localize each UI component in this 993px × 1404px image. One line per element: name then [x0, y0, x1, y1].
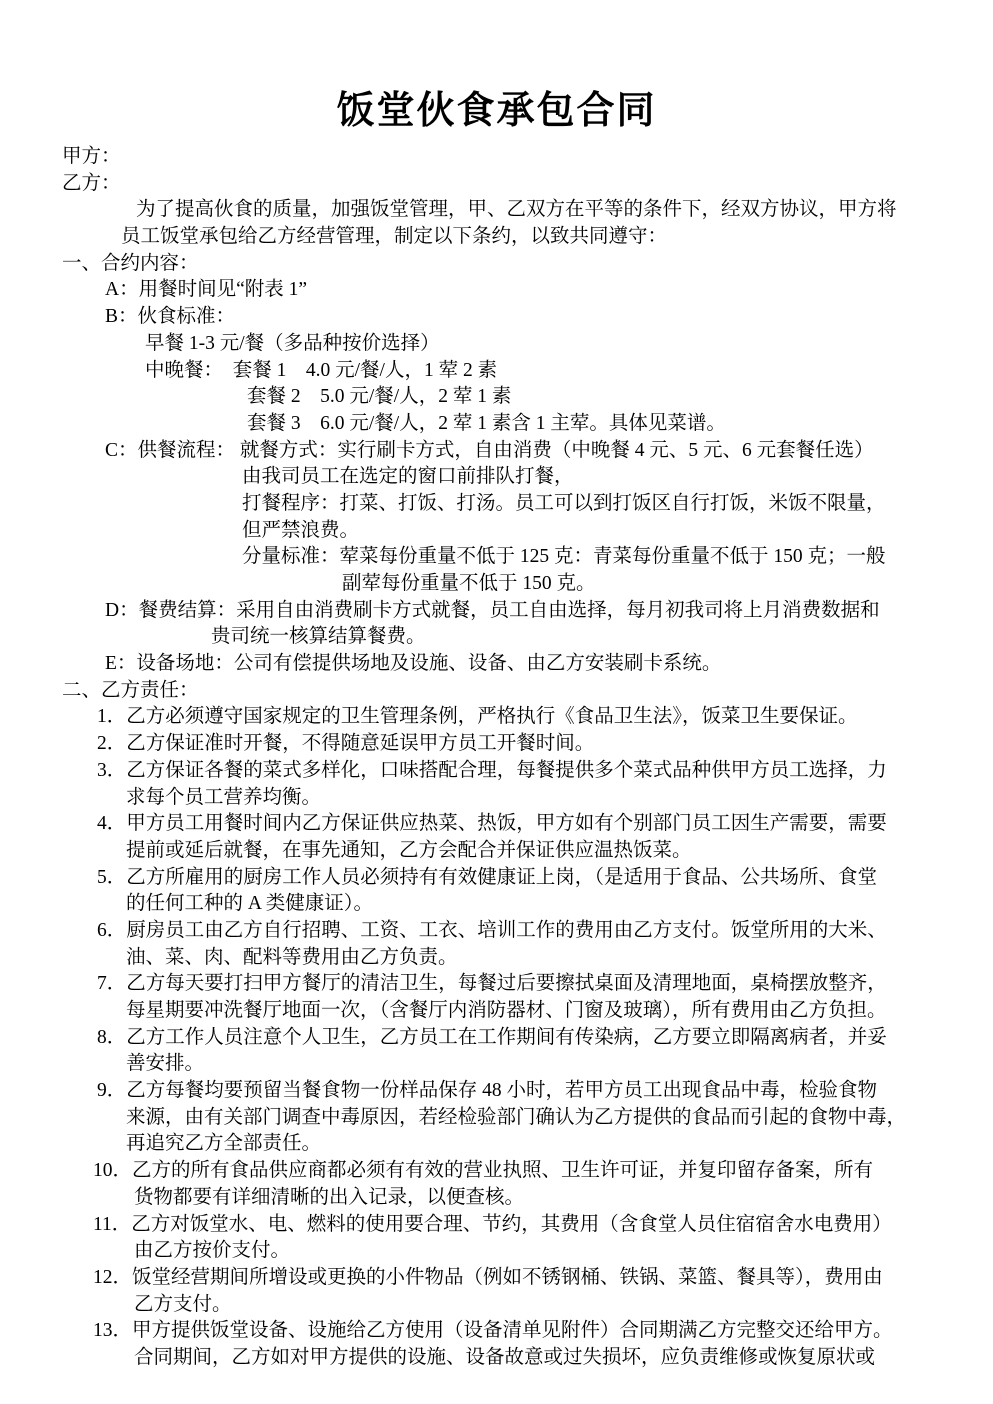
text-line: 员工饭堂承包给乙方经营管理，制定以下条约，以致共同遵守：	[0, 224, 993, 251]
text-line: 套餐 3 6.0 元/餐/人，2 荤 1 素含 1 主荤。具体见菜谱。	[0, 411, 993, 438]
text-line: D：餐费结算：采用自由消费刷卡方式就餐，员工自由选择，每月初我司将上月消费数据和	[0, 598, 993, 625]
text-line: 2．乙方保证准时开餐，不得随意延误甲方员工开餐时间。	[0, 731, 993, 758]
text-line: 12．饭堂经营期间所增设或更换的小件物品（例如不锈钢桶、铁锅、菜篮、餐具等），费…	[0, 1265, 993, 1292]
text-line: A：用餐时间见“附表 1”	[0, 277, 993, 304]
text-line: 每星期要冲洗餐厅地面一次，（含餐厅内消防器材、门窗及玻璃），所有费用由乙方负担。	[0, 998, 993, 1025]
text-line: 油、菜、肉、配料等费用由乙方负责。	[0, 945, 993, 972]
text-line: 由我司员工在选定的窗口前排队打餐，	[0, 464, 993, 491]
text-line: 7．乙方每天要打扫甲方餐厅的清洁卫生，每餐过后要擦拭桌面及清理地面，桌椅摆放整齐…	[0, 971, 993, 998]
text-line: E：设备场地：公司有偿提供场地及设施、设备、由乙方安装刷卡系统。	[0, 651, 993, 678]
text-line: 提前或延后就餐，在事先通知，乙方会配合并保证供应温热饭菜。	[0, 838, 993, 865]
contract-page: 饭堂伙食承包合同 甲方：乙方：为了提高伙食的质量，加强饭堂管理，甲、乙双方在平等…	[0, 0, 993, 1404]
text-line: 由乙方按价支付。	[0, 1238, 993, 1265]
text-line: 一、合约内容：	[0, 251, 993, 278]
text-line: 求每个员工营养均衡。	[0, 785, 993, 812]
text-line: 的任何工种的 A 类健康证）。	[0, 891, 993, 918]
text-line: 甲方：	[0, 144, 993, 171]
text-line: 9．乙方每餐均要预留当餐食物一份样品保存 48 小时，若甲方员工出现食品中毒，检…	[0, 1078, 993, 1105]
text-line: 副荤每份重量不低于 150 克。	[0, 571, 993, 598]
text-line: 中晚餐： 套餐 1 4.0 元/餐/人，1 荤 2 素	[0, 358, 993, 385]
text-line: 5．乙方所雇用的厨房工作人员必须持有有效健康证上岗，（是适用于食品、公共场所、食…	[0, 865, 993, 892]
document-title: 饭堂伙食承包合同	[0, 0, 993, 136]
text-line: C：供餐流程： 就餐方式：实行刷卡方式，自由消费（中晚餐 4 元、5 元、6 元…	[0, 438, 993, 465]
text-line: 合同期间，乙方如对甲方提供的设施、设备故意或过失损坏，应负责维修或恢复原状或	[0, 1345, 993, 1372]
text-line: 善安排。	[0, 1051, 993, 1078]
text-line: B：伙食标准：	[0, 304, 993, 331]
document-body: 甲方：乙方：为了提高伙食的质量，加强饭堂管理，甲、乙双方在平等的条件下，经双方协…	[0, 144, 993, 1372]
text-line: 13．甲方提供饭堂设备、设施给乙方使用（设备清单见附件）合同期满乙方完整交还给甲…	[0, 1318, 993, 1345]
text-line: 10．乙方的所有食品供应商都必须有有效的营业执照、卫生许可证，并复印留存备案，所…	[0, 1158, 993, 1185]
text-line: 为了提高伙食的质量，加强饭堂管理，甲、乙双方在平等的条件下，经双方协议，甲方将	[0, 197, 993, 224]
text-line: 贵司统一核算结算餐费。	[0, 624, 993, 651]
text-line: 11．乙方对饭堂水、电、燃料的使用要合理、节约，其费用（含食堂人员住宿宿舍水电费…	[0, 1212, 993, 1239]
text-line: 再追究乙方全部责任。	[0, 1131, 993, 1158]
text-line: 6．厨房员工由乙方自行招聘、工资、工衣、培训工作的费用由乙方支付。饭堂所用的大米…	[0, 918, 993, 945]
text-line: 分量标准：荤菜每份重量不低于 125 克：青菜每份重量不低于 150 克；一般	[0, 544, 993, 571]
text-line: 3．乙方保证各餐的菜式多样化，口味搭配合理，每餐提供多个菜式品种供甲方员工选择，…	[0, 758, 993, 785]
text-line: 乙方支付。	[0, 1292, 993, 1319]
text-line: 乙方：	[0, 171, 993, 198]
text-line: 但严禁浪费。	[0, 518, 993, 545]
text-line: 二、乙方责任：	[0, 678, 993, 705]
text-line: 1．乙方必须遵守国家规定的卫生管理条例，严格执行《食品卫生法》，饭菜卫生要保证。	[0, 704, 993, 731]
text-line: 早餐 1-3 元/餐（多品种按价选择）	[0, 331, 993, 358]
text-line: 货物都要有详细清晰的出入记录，以便查核。	[0, 1185, 993, 1212]
text-line: 打餐程序：打菜、打饭、打汤。员工可以到打饭区自行打饭，米饭不限量，	[0, 491, 993, 518]
text-line: 4．甲方员工用餐时间内乙方保证供应热菜、热饭，甲方如有个别部门员工因生产需要，需…	[0, 811, 993, 838]
text-line: 8．乙方工作人员注意个人卫生，乙方员工在工作期间有传染病，乙方要立即隔离病者，并…	[0, 1025, 993, 1052]
text-line: 来源，由有关部门调查中毒原因，若经检验部门确认为乙方提供的食品而引起的食物中毒，	[0, 1105, 993, 1132]
text-line: 套餐 2 5.0 元/餐/人，2 荤 1 素	[0, 384, 993, 411]
